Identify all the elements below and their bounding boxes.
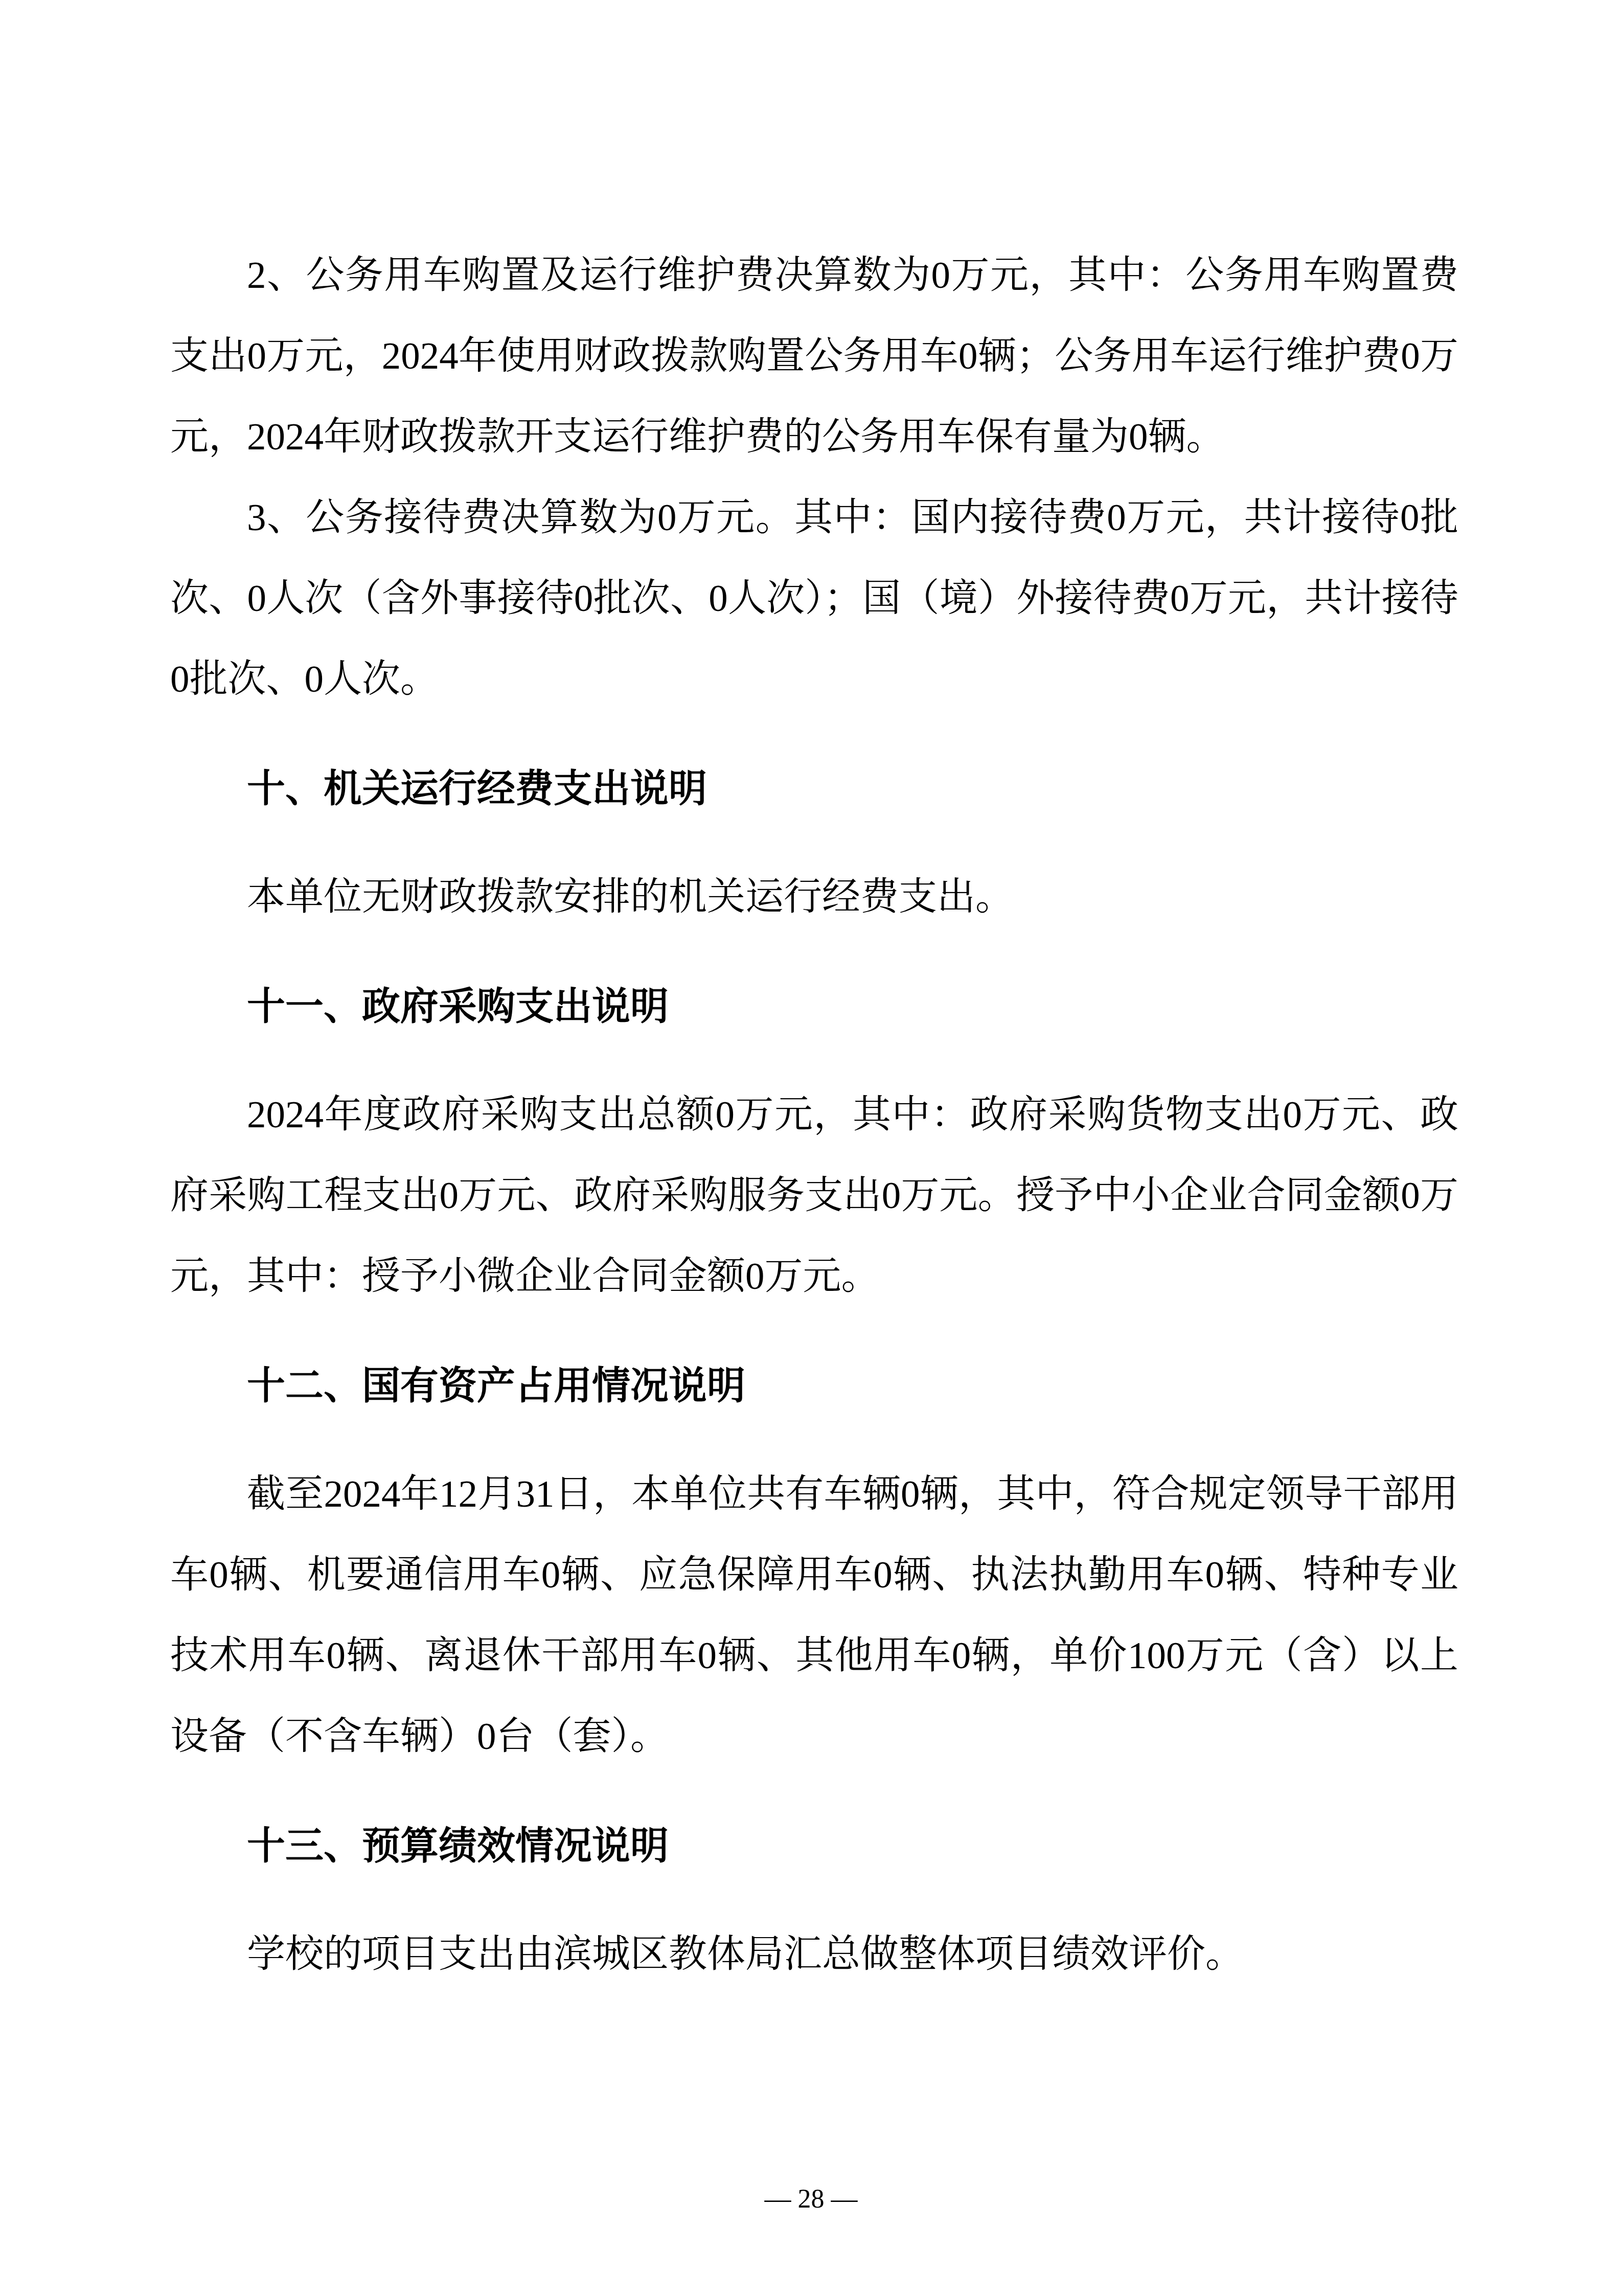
paragraph-state-assets: 截至2024年12月31日，本单位共有车辆0辆，其中，符合规定领导干部用车0辆、…	[170, 1454, 1458, 1777]
paragraph-reception-expense: 3、公务接待费决算数为0万元。其中：国内接待费0万元，共计接待0批次、0人次（含…	[170, 478, 1458, 720]
section-heading-13-budget-performance: 十三、预算绩效情况说明	[170, 1805, 1458, 1886]
document-body: 2、公务用车购置及运行维护费决算数为0万元，其中：公务用车购置费支出0万元，20…	[170, 235, 1458, 1995]
paragraph-vehicle-expense: 2、公务用车购置及运行维护费决算数为0万元，其中：公务用车购置费支出0万元，20…	[170, 235, 1458, 478]
page-number: — 28 —	[765, 2185, 858, 2214]
paragraph-budget-performance: 学校的项目支出由滨城区教体局汇总做整体项目绩效评价。	[170, 1914, 1458, 1995]
paragraph-operating-funds: 本单位无财政拨款安排的机关运行经费支出。	[170, 857, 1458, 938]
section-heading-10-operating-funds: 十、机关运行经费支出说明	[170, 748, 1458, 829]
page-footer: — 28 —	[0, 2184, 1622, 2215]
section-heading-11-government-procurement: 十一、政府采购支出说明	[170, 966, 1458, 1047]
document-page: 2、公务用车购置及运行维护费决算数为0万元，其中：公务用车购置费支出0万元，20…	[0, 0, 1622, 2296]
section-heading-12-state-assets: 十二、国有资产占用情况说明	[170, 1345, 1458, 1426]
paragraph-government-procurement: 2024年度政府采购支出总额0万元，其中：政府采购货物支出0万元、政府采购工程支…	[170, 1075, 1458, 1317]
